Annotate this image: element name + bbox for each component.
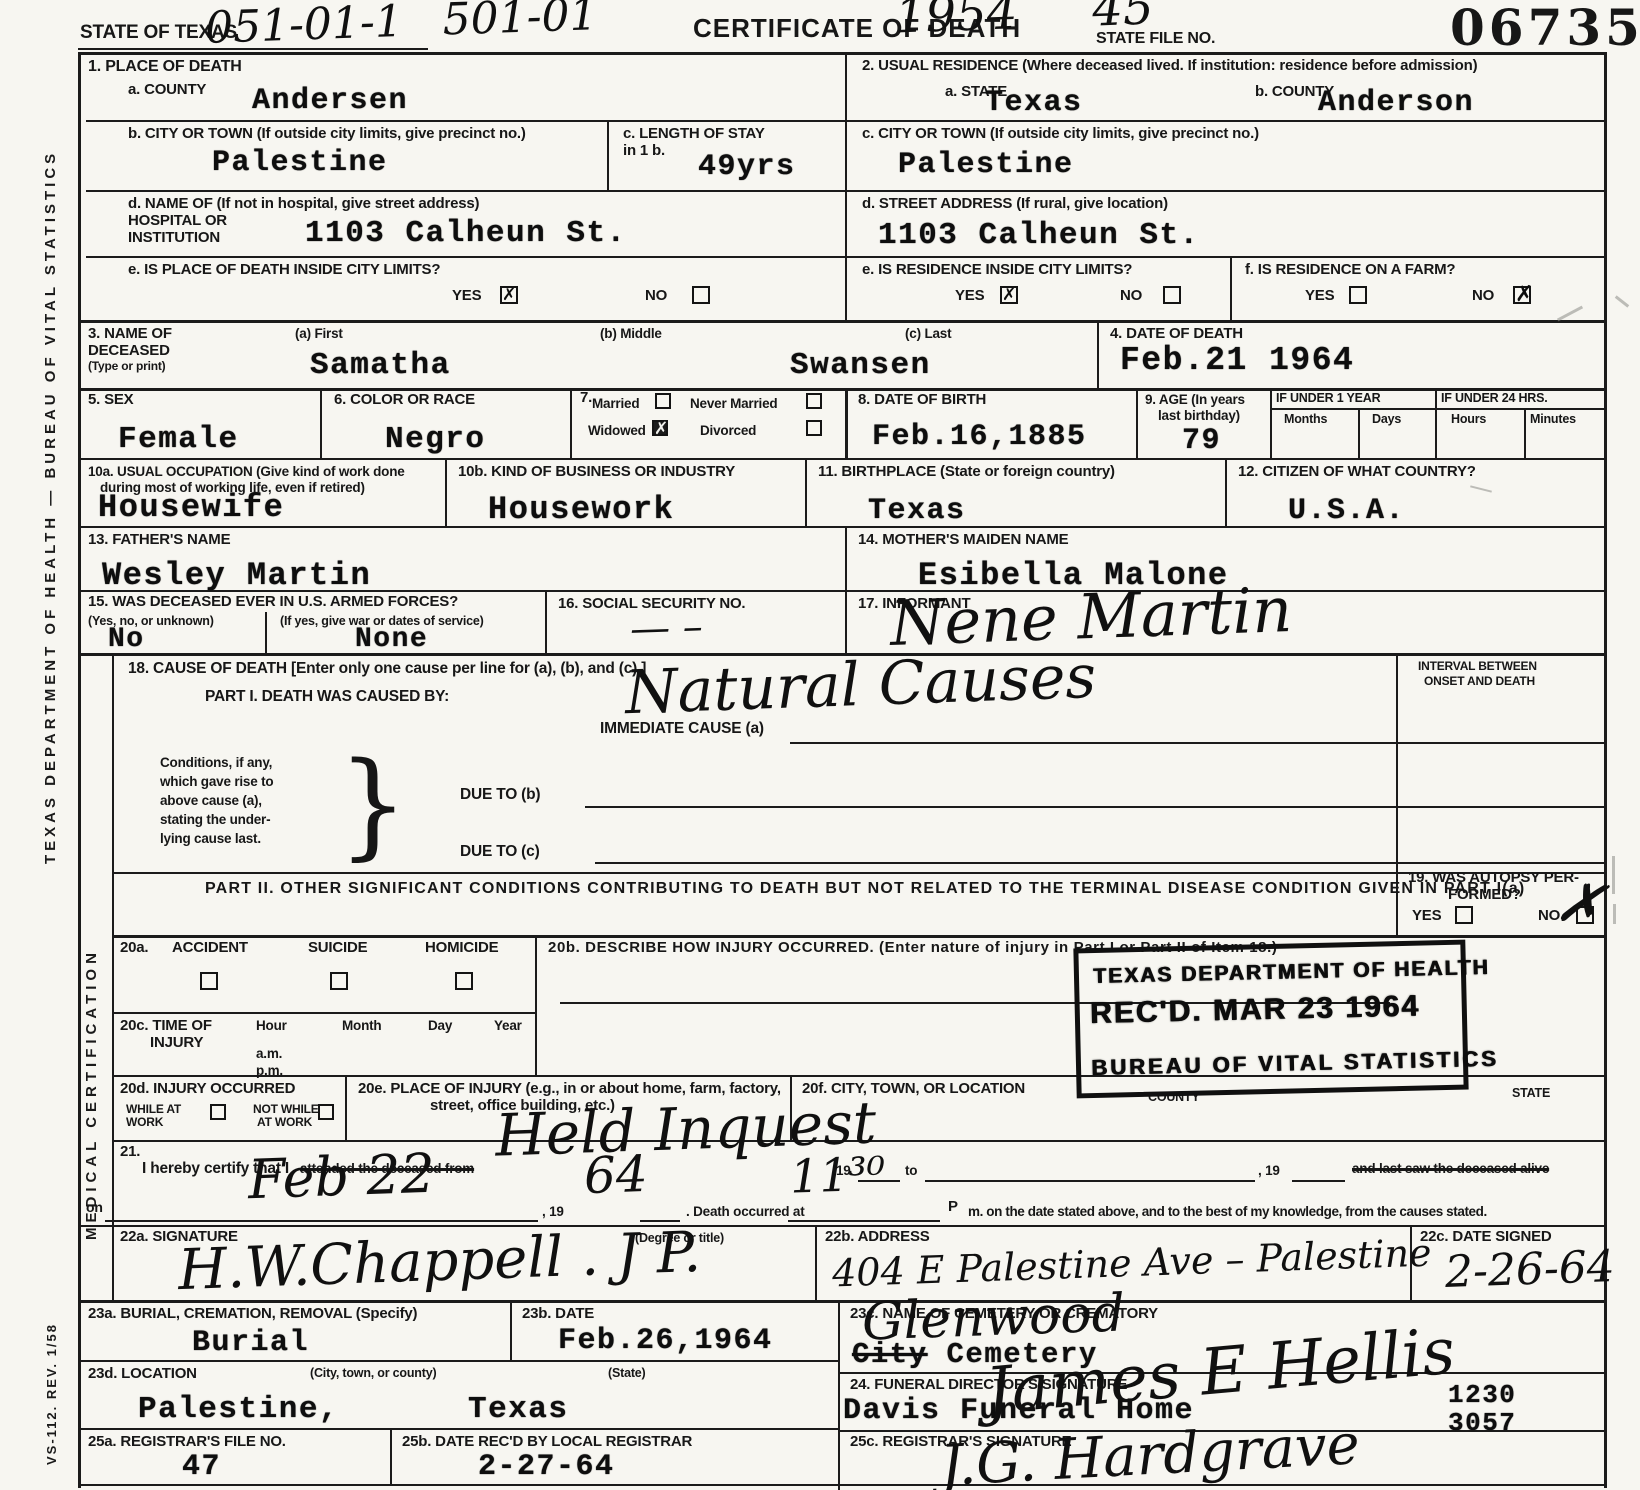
field-15-value2: None (355, 626, 428, 654)
rule (510, 1300, 512, 1360)
stamp-line1: TEXAS DEPARTMENT OF HEALTH (1093, 956, 1490, 989)
rule (585, 806, 1604, 808)
field-1e-yes-label: YES (452, 288, 481, 305)
field-16-value-handwriting: — – (629, 607, 703, 650)
rule (1225, 458, 1227, 526)
due-to-c-label: DUE TO (c) (460, 843, 540, 860)
rule (925, 1180, 1255, 1182)
field-3-last-label: (c) Last (905, 326, 951, 341)
field-2-title: 2. USUAL RESIDENCE (Where deceased lived… (862, 58, 1477, 75)
conditions-note-line3: above cause (a), (160, 793, 262, 808)
hours-label: Hours (1451, 412, 1486, 426)
year-19b: , 19 (1258, 1163, 1280, 1178)
field-14-label: 14. MOTHER'S MAIDEN NAME (858, 532, 1068, 549)
homicide-label: HOMICIDE (425, 940, 498, 957)
field-23d-value-city: Palestine, (138, 1394, 339, 1425)
field-8-value: Feb.16,1885 (872, 422, 1087, 452)
field-23b-value: Feb.26,1964 (558, 1326, 773, 1356)
field-5-value: Female (118, 424, 239, 455)
checkbox-2e-no (1163, 286, 1181, 304)
margin-medical-certification-label: MEDICAL CERTIFICATION (83, 895, 100, 1240)
field-3-label3: (Type or print) (88, 360, 165, 373)
field-20a-num: 20a. (120, 940, 148, 957)
month-label: Month (342, 1018, 381, 1033)
year-19c: , 19 (542, 1204, 564, 1219)
day-label: Day (428, 1018, 452, 1033)
field-1c-label2: in 1 b. (623, 143, 665, 160)
rule (1435, 388, 1437, 458)
field-1e-no-label: NO (645, 288, 667, 305)
field-7-married-label: Married (592, 396, 639, 411)
field-8-label: 8. DATE OF BIRTH (858, 392, 986, 409)
rule (78, 458, 1606, 460)
field-2e-yes-label: YES (955, 288, 984, 305)
field-3-middle-label: (b) Middle (600, 326, 662, 341)
field-9-value: 79 (1182, 426, 1221, 456)
scan-noise (1612, 856, 1615, 894)
field-7-widowed-label: Widowed (588, 423, 646, 438)
checkbox-2e-yes: ✗ (1000, 286, 1018, 304)
field-19-label2: FORMED? (1448, 887, 1521, 904)
rule (570, 388, 572, 458)
if-under-24-hrs-label: IF UNDER 24 HRS. (1441, 391, 1548, 405)
field-9-label2: last birthday) (1158, 408, 1240, 423)
field-11-label: 11. BIRTHPLACE (State or foreign country… (818, 464, 1115, 481)
state-label: STATE (1512, 1086, 1550, 1100)
rule (845, 388, 848, 458)
field-7-divorced-label: Divorced (700, 423, 756, 438)
date-feb22-handwriting: Feb 22 (247, 1147, 436, 1207)
field-19-label1: 19. WAS AUTOPSY PER- (1408, 870, 1579, 887)
field-18-title: 18. CAUSE OF DEATH [Enter only one cause… (128, 660, 646, 677)
conditions-note-line2: which gave rise to (160, 774, 273, 789)
rule (78, 52, 81, 1488)
due-to-b-label: DUE TO (b) (460, 786, 540, 803)
checkbox-widowed: ✗ (652, 420, 668, 436)
brace-glyph: } (338, 737, 408, 871)
field-11-value: Texas (868, 496, 966, 526)
field-6-label: 6. COLOR OR RACE (334, 392, 475, 409)
death-occurred-label: . Death occurred at (686, 1204, 805, 1219)
scan-noise (1613, 904, 1616, 924)
check-mark: ✗ (1002, 288, 1016, 302)
field-15-sub1: (Yes, no, or unknown) (88, 614, 214, 628)
stamp-line2: REC'D. MAR 23 1964 (1089, 990, 1420, 1031)
field-1d-label: d. NAME OF (If not in hospital, give str… (128, 196, 479, 213)
field-20c-label2: INJURY (150, 1035, 203, 1052)
field-25a-label: 25a. REGISTRAR'S FILE NO. (88, 1434, 286, 1451)
scan-noise (1470, 485, 1492, 492)
rule (112, 1012, 535, 1014)
rule (1136, 388, 1138, 458)
checkbox-autopsy-yes (1455, 906, 1473, 924)
checkbox-1e-no (692, 286, 710, 304)
rule (1292, 1180, 1345, 1182)
field-20c-label1: 20c. TIME OF (120, 1018, 212, 1035)
field-4-label: 4. DATE OF DEATH (1110, 326, 1243, 343)
field-1d-value: 1103 Calheun St. (305, 218, 627, 249)
field-23d-sub: (City, town, or county) (310, 1366, 436, 1380)
field-2a-value: Texas (985, 88, 1083, 118)
field-25b-label: 25b. DATE REC'D BY LOCAL REGISTRAR (402, 1434, 692, 1451)
not-while-at-work-label2: AT WORK (257, 1116, 312, 1129)
part2-label: PART II. OTHER SIGNIFICANT CONDITIONS CO… (205, 880, 1525, 898)
to-label: to (905, 1163, 917, 1178)
hour-label: Hour (256, 1018, 287, 1033)
pencil-codes-handwriting: 051-01-1 501-01 (204, 0, 598, 51)
part1-label: PART I. DEATH WAS CAUSED BY: (205, 688, 449, 705)
rule (838, 1300, 840, 1490)
conditions-note-line5: lying cause last. (160, 831, 261, 846)
field-2e-no-label: NO (1120, 288, 1142, 305)
field-2c-value: Palestine (898, 150, 1074, 180)
time-handwriting: 11³⁰ (789, 1150, 886, 1199)
pm-label: p.m. (256, 1063, 283, 1078)
field-2b-value: Anderson (1318, 88, 1474, 118)
checkbox-accident (200, 972, 218, 990)
state-sublabel: (State) (608, 1366, 646, 1380)
rule (390, 1428, 392, 1486)
checkbox-1e-yes: ✗ (500, 286, 518, 304)
year-label: Year (494, 1018, 522, 1033)
rule (607, 120, 609, 190)
rule (265, 612, 267, 655)
field-10b-value: Housework (488, 494, 674, 526)
rule (845, 590, 847, 653)
state-file-no-label: STATE FILE NO. (1096, 30, 1215, 48)
months-label: Months (1284, 412, 1327, 426)
rule (788, 1220, 940, 1222)
certify-tail-text: m. on the date stated above, and to the … (968, 1204, 1487, 1219)
struck-last-saw-text: and last saw the deceased alive (1352, 1161, 1549, 1176)
rule (78, 48, 428, 50)
field-3-first-label: (a) First (295, 326, 343, 341)
p-label: P (948, 1199, 958, 1216)
field-1d-label2: HOSPITAL OR (128, 213, 227, 230)
rule (78, 1428, 838, 1430)
field-9-label1: 9. AGE (In years (1145, 392, 1245, 407)
field-21-num: 21. (120, 1144, 140, 1161)
rule (845, 526, 847, 590)
cause-of-death-handwriting: Natural Causes (624, 647, 1097, 723)
field-6-value: Negro (385, 424, 486, 455)
field-2e-label: e. IS RESIDENCE INSIDE CITY LIMITS? (862, 262, 1132, 279)
death-certificate-scan: STATE OF TEXAS 051-01-1 501-01 CERTIFICA… (0, 0, 1640, 1490)
rule (320, 388, 322, 458)
field-7-never-married-label: Never Married (690, 396, 777, 411)
rule (78, 1484, 1606, 1486)
field-10b-label: 10b. KIND OF BUSINESS OR INDUSTRY (458, 464, 735, 481)
rule (545, 590, 547, 653)
field-1-title: 1. PLACE OF DEATH (88, 58, 242, 76)
rule (815, 1225, 817, 1300)
rule (1097, 320, 1099, 388)
rule (1270, 408, 1604, 410)
rule (535, 935, 537, 1075)
field-1a-label: a. COUNTY (128, 82, 206, 99)
rule (78, 320, 1606, 323)
suicide-label: SUICIDE (308, 940, 367, 957)
rule (1524, 408, 1526, 458)
rule (112, 653, 114, 1300)
field-13-label: 13. FATHER'S NAME (88, 532, 230, 549)
field-1b-label: b. CITY OR TOWN (If outside city limits,… (128, 126, 526, 143)
rule (805, 458, 807, 526)
number-1230: 1230 (1448, 1382, 1516, 1408)
field-1a-value: Andersen (252, 86, 408, 116)
field-2d-label: d. STREET ADDRESS (If rural, give locati… (862, 196, 1168, 213)
checkbox-suicide (330, 972, 348, 990)
checkbox-never-married (806, 393, 822, 409)
field-1e-label: e. IS PLACE OF DEATH INSIDE CITY LIMITS? (128, 262, 440, 279)
field-23d-label: 23d. LOCATION (88, 1366, 197, 1383)
field-1d-label3: INSTITUTION (128, 230, 220, 247)
stamp-line3: BUREAU OF VITAL STATISTICS (1091, 1046, 1499, 1081)
autopsy-no-mark: ✗ (1552, 871, 1609, 936)
field-10a-value: Housewife (98, 492, 284, 524)
field-2d-value: 1103 Calheun St. (878, 220, 1200, 251)
rule (78, 1360, 838, 1362)
check-mark: ✗ (1515, 288, 1529, 302)
days-label: Days (1372, 412, 1401, 426)
field-25a-value: 47 (182, 1452, 221, 1482)
field-25b-value: 2-27-64 (478, 1452, 615, 1482)
rule (112, 872, 1604, 874)
rule (112, 935, 1604, 938)
field-3-label2: DECEASED (88, 343, 170, 360)
rule (345, 1075, 347, 1140)
field-13-value: Wesley Martin (102, 560, 371, 592)
margin-form-code: VS-112. REV. 1/58 (44, 1285, 59, 1465)
field-23d-value-state: Texas (468, 1394, 569, 1425)
margin-department-label: TEXAS DEPARTMENT OF HEALTH — BUREAU OF V… (42, 252, 59, 864)
checkbox-homicide (455, 972, 473, 990)
rule (1230, 256, 1232, 320)
field-19-yes-label: YES (1412, 908, 1441, 925)
checkbox-while-at-work (210, 1104, 226, 1120)
rule (845, 52, 847, 322)
rule (78, 1225, 1606, 1227)
field-23a-value: Burial (192, 1328, 309, 1358)
rule (105, 1220, 538, 1222)
certifier-signature: H.W.Chappell . J P. (177, 1225, 702, 1299)
checkbox-not-while-at-work (318, 1104, 334, 1120)
field-7-label: 7. (580, 390, 592, 407)
struck-city-text: City (852, 1338, 928, 1371)
field-1b-value: Palestine (212, 148, 388, 178)
on-label: on (86, 1200, 103, 1216)
checkbox-divorced (806, 420, 822, 436)
rule (595, 862, 1604, 864)
conditions-note-line1: Conditions, if any, (160, 755, 272, 770)
minutes-label: Minutes (1530, 412, 1576, 426)
field-1c-value: 49yrs (698, 152, 796, 182)
checkbox-2f-no: ✗ (1513, 286, 1531, 304)
date-signed-handwriting: 2-26-64 (1444, 1245, 1615, 1295)
scan-noise (1615, 295, 1629, 307)
field-10a-label: 10a. USUAL OCCUPATION (Give kind of work… (88, 464, 405, 479)
field-2f-no-label: NO (1472, 288, 1494, 305)
checkbox-2f-yes (1349, 286, 1367, 304)
rule (1270, 388, 1272, 458)
field-15-label: 15. WAS DECEASED EVER IN U.S. ARMED FORC… (88, 594, 458, 611)
field-3-last-value: Swansen (790, 350, 931, 381)
check-mark: ✗ (502, 288, 516, 302)
field-23a-label: 23a. BURIAL, CREMATION, REMOVAL (Specify… (88, 1306, 417, 1323)
rule (1358, 408, 1360, 458)
rule (790, 742, 1604, 744)
am-label: a.m. (256, 1046, 282, 1061)
field-3-label1: 3. NAME OF (88, 326, 172, 343)
rule (445, 458, 447, 526)
field-1c-label: c. LENGTH OF STAY (623, 126, 765, 143)
year-64-handwriting: 64 (583, 1149, 648, 1201)
field-12-label: 12. CITIZEN OF WHAT COUNTRY? (1238, 464, 1476, 481)
field-20d-label: 20d. INJURY OCCURRED (120, 1081, 295, 1098)
number-3057: 3057 (1448, 1410, 1516, 1436)
field-2f-label: f. IS RESIDENCE ON A FARM? (1245, 262, 1455, 279)
accident-label: ACCIDENT (172, 940, 248, 957)
rule (78, 52, 1606, 55)
if-under-1-year-label: IF UNDER 1 YEAR (1276, 391, 1380, 405)
received-stamp: TEXAS DEPARTMENT OF HEALTH REC'D. MAR 23… (1073, 940, 1468, 1099)
field-23b-label: 23b. DATE (522, 1306, 594, 1323)
conditions-note-line4: stating the under- (160, 812, 270, 827)
field-2f-yes-label: YES (1305, 288, 1334, 305)
field-3-first-value: Samatha (310, 350, 451, 381)
interval-label-line2: ONSET AND DEATH (1424, 675, 1535, 688)
state-file-number: 06735 (1450, 0, 1640, 56)
while-at-work-label2: WORK (126, 1116, 163, 1129)
interval-label-line1: INTERVAL BETWEEN (1418, 660, 1537, 673)
field-2c-label: c. CITY OR TOWN (If outside city limits,… (862, 126, 1259, 143)
field-15-value1: No (108, 626, 145, 654)
check-mark: ✗ (654, 422, 666, 436)
checkbox-married (655, 393, 671, 409)
field-4-value: Feb.21 1964 (1120, 344, 1354, 377)
rule (78, 1300, 1606, 1303)
field-5-label: 5. SEX (88, 392, 134, 409)
field-22b-label: 22b. ADDRESS (825, 1229, 930, 1246)
field-12-value: U.S.A. (1288, 496, 1405, 526)
